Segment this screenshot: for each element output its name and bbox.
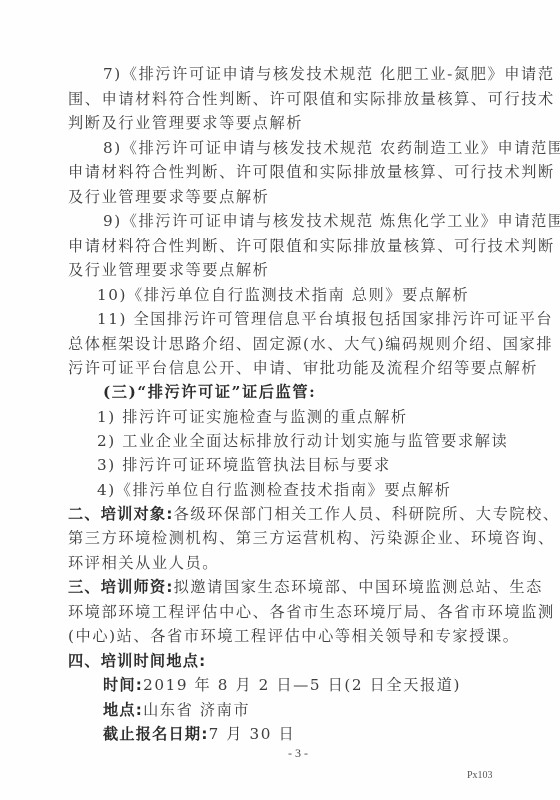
time-line: 时间:2019 年 8 月 2 日—5 日(2 日全天报道) [103, 675, 461, 695]
text-line: 申请材料符合性判断、许可限值和实际排放量核算、可行技术判断 [68, 236, 555, 256]
training-targets-line: 二、培训对象:各级环保部门相关工作人员、科研院所、大专院校、 [68, 504, 560, 524]
place-value: 山东省 济南市 [143, 701, 250, 719]
text-line: 申请材料符合性判断、许可限值和实际排放量核算、可行技术判断 [68, 162, 555, 182]
deadline-label: 截止报名日期: [103, 725, 209, 743]
time-value: 2019 年 8 月 2 日—5 日(2 日全天报道) [143, 676, 461, 694]
section-heading: 四、培训时间地点: [68, 651, 206, 671]
time-label: 时间: [103, 676, 143, 694]
text-line: 11) 全国排污许可管理信息平台填报包括国家排污许可证平台 [97, 309, 553, 329]
text-line: 及行业管理要求等要点解析 [68, 260, 269, 280]
text-line: 环评相关从业人员。 [68, 553, 219, 573]
text-line: 及行业管理要求等要点解析 [68, 187, 269, 207]
section-label: 三、培训师资: [68, 578, 174, 596]
list-item: 4)《排污单位自行监测检查技术指南》要点解析 [97, 480, 452, 500]
section-heading: (三)“排污许可证”证后监管: [103, 382, 316, 402]
list-item: 2) 工业企业全面达标排放行动计划实施与监管要求解读 [97, 431, 508, 451]
text-line: 总体框架设计思路介绍、固定源(水、大气)编码规则介绍、国家排 [68, 334, 553, 354]
place-line: 地点:山东省 济南市 [103, 700, 250, 720]
text-line: 判断及行业管理要求等要点解析 [68, 113, 303, 133]
text-line: 环境部环境工程评估中心、各省市生态环境厅局、各省市环境监测 [68, 602, 555, 622]
trainers-line: 三、培训师资:拟邀请国家生态环境部、中国环境监测总站、生态 [68, 577, 543, 597]
text-line: 10)《排污单位自行监测技术指南 总则》要点解析 [97, 285, 469, 305]
text-line: 围、申请材料符合性判断、许可限值和实际排放量核算、可行技术 [68, 89, 555, 109]
text-line: 7)《排污许可证申请与核发技术规范 化肥工业-氮肥》申请范 [103, 64, 555, 84]
deadline-line: 截止报名日期:7 月 30 日 [103, 724, 295, 744]
section-label: 二、培训对象: [68, 505, 174, 523]
section-text: 拟邀请国家生态环境部、中国环境监测总站、生态 [174, 578, 543, 596]
document-code: Px103 [467, 770, 493, 781]
deadline-value: 7 月 30 日 [209, 725, 296, 743]
list-item: 1) 排污许可证实施检查与监测的重点解析 [97, 407, 408, 427]
text-line: 污许可证平台信息公开、申请、审批功能及流程介绍等要点解析 [68, 358, 538, 378]
text-line: 第三方环境检测机构、第三方运营机构、污染源企业、环境咨询、 [68, 528, 555, 548]
page-number: - 3 - [288, 746, 308, 761]
document-page: 7)《排污许可证申请与核发技术规范 化肥工业-氮肥》申请范 围、申请材料符合性判… [0, 0, 560, 800]
text-line: 9)《排污许可证申请与核发技术规范 炼焦化学工业》申请范围、 [103, 211, 560, 231]
text-line: (中心)站、各省市环境工程评估中心等相关领导和专家授课。 [68, 626, 520, 646]
section-text: 各级环保部门相关工作人员、科研院所、大专院校、 [174, 505, 560, 523]
place-label: 地点: [103, 701, 143, 719]
list-item: 3) 排污许可证环境监管执法目标与要求 [97, 455, 391, 475]
text-line: 8)《排污许可证申请与核发技术规范 农药制造工业》申请范围、 [103, 138, 560, 158]
